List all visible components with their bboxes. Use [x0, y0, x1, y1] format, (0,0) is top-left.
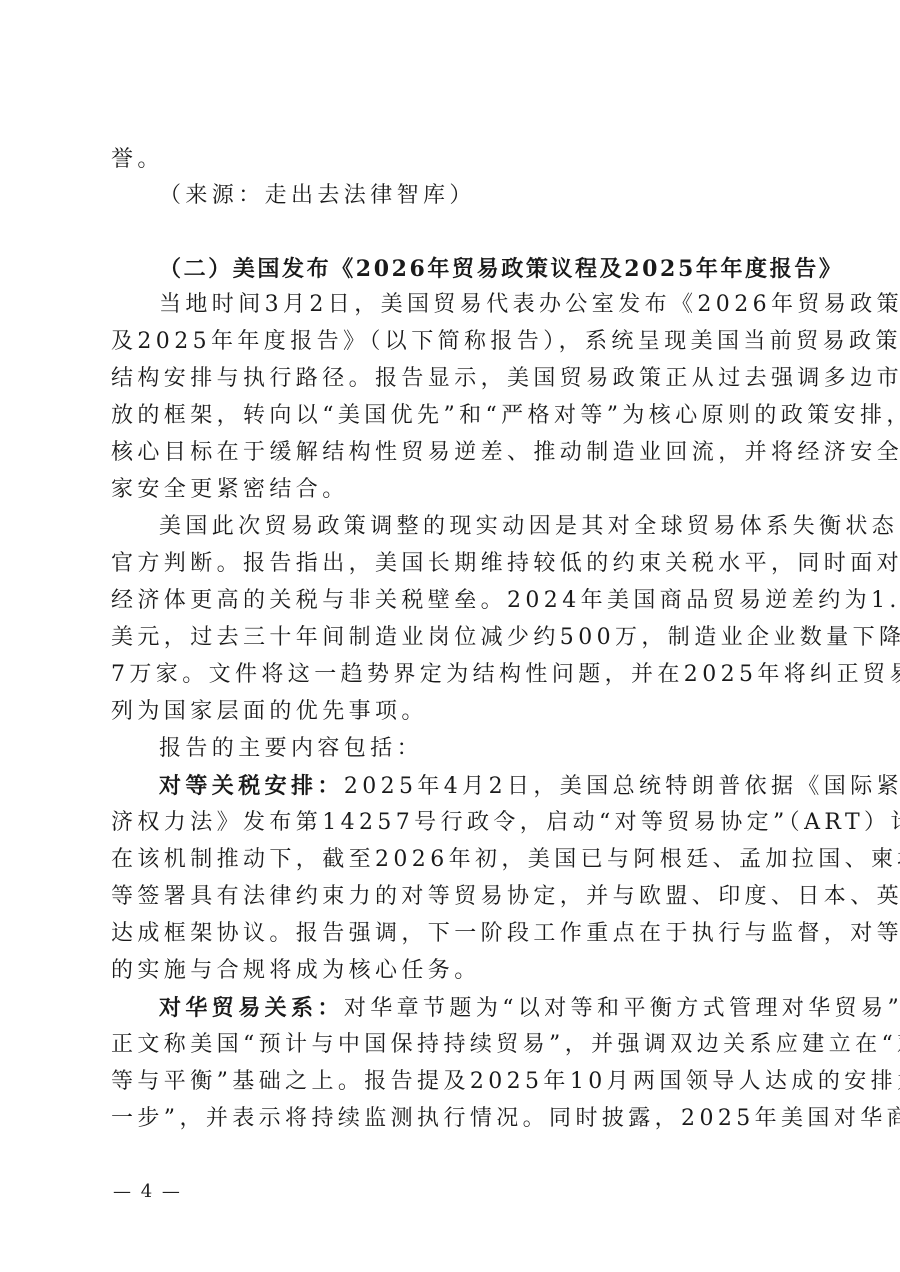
paragraph-line: 一步”，并表示将持续监测执行情况。同时披露，2025年美国对华商品贸	[111, 1105, 900, 1133]
paragraph-line: 放的框架，转向以“美国优先”和“严格对等”为核心原则的政策安排，	[111, 402, 900, 430]
paragraph-line: 对华贸易关系：对华章节题为“以对等和平衡方式管理对华贸易”，	[159, 994, 900, 1023]
section-heading: （二）美国发布《2026年贸易政策议程及2025年年度报告》	[159, 255, 843, 283]
paragraph-line: 的实施与合规将成为核心任务。	[111, 957, 481, 985]
paragraph-line: 等与平衡”基础之上。报告提及2025年10月两国领导人达成的安排为“第	[111, 1068, 900, 1096]
paragraph-line: 列为国家层面的优先事项。	[111, 698, 428, 726]
bold-lead: 对华贸易关系：	[159, 995, 344, 1021]
paragraph-line: 核心目标在于缓解结构性贸易逆差、推动制造业回流，并将经济安全与国	[111, 439, 900, 467]
text-line: 誉。	[111, 146, 164, 174]
paragraph-line: 美元，过去三十年间制造业岗位减少约500万，制造业企业数量下降超过	[111, 624, 900, 652]
page-number: — 4 —	[113, 1181, 182, 1202]
paragraph-line: 家安全更紧密结合。	[111, 476, 349, 504]
paragraph-line: 经济体更高的关税与非关税壁垒。2024年美国商品贸易逆差约为1.2万亿	[111, 587, 900, 615]
paragraph-line: 正文称美国“预计与中国保持持续贸易”，并强调双边关系应建立在“对	[111, 1031, 900, 1059]
paragraph-line: 及2025年年度报告》（以下简称报告），系统呈现美国当前贸易政策的	[111, 328, 900, 356]
paragraph-line: 报告的主要内容包括：	[159, 735, 423, 763]
paragraph-line: 达成框架协议。报告强调，下一阶段工作重点在于执行与监督，对等协定	[111, 920, 900, 948]
line-text: 2025年4月2日，美国总统特朗普依据《国际紧急经	[344, 774, 900, 799]
paragraph-line: 结构安排与执行路径。报告显示，美国贸易政策正从过去强调多边市场开	[111, 365, 900, 393]
paragraph-line: 等签署具有法律约束力的对等贸易协定，并与欧盟、印度、日本、英国等	[111, 883, 900, 911]
paragraph-line: 对等关税安排：2025年4月2日，美国总统特朗普依据《国际紧急经	[159, 772, 900, 801]
paragraph-line: 济权力法》发布第14257号行政令，启动“对等贸易协定”（ART）计划。	[111, 809, 900, 837]
paragraph-line: 美国此次贸易政策调整的现实动因是其对全球贸易体系失衡状态的	[159, 513, 900, 541]
paragraph-line: 官方判断。报告指出，美国长期维持较低的约束关税水平，同时面对其他	[111, 550, 900, 578]
line-text: 对华章节题为“以对等和平衡方式管理对华贸易”，	[344, 996, 900, 1021]
paragraph-line: 在该机制推动下，截至2026年初，美国已与阿根廷、孟加拉国、柬埔寨	[111, 846, 900, 874]
paragraph-line: 当地时间3月2日，美国贸易代表办公室发布《2026年贸易政策议程	[159, 291, 900, 319]
source-note: （来源：走出去法律智库）	[159, 182, 476, 210]
paragraph-line: 7万家。文件将这一趋势界定为结构性问题，并在2025年将纠正贸易失衡	[111, 661, 900, 689]
bold-lead: 对等关税安排：	[159, 773, 344, 799]
